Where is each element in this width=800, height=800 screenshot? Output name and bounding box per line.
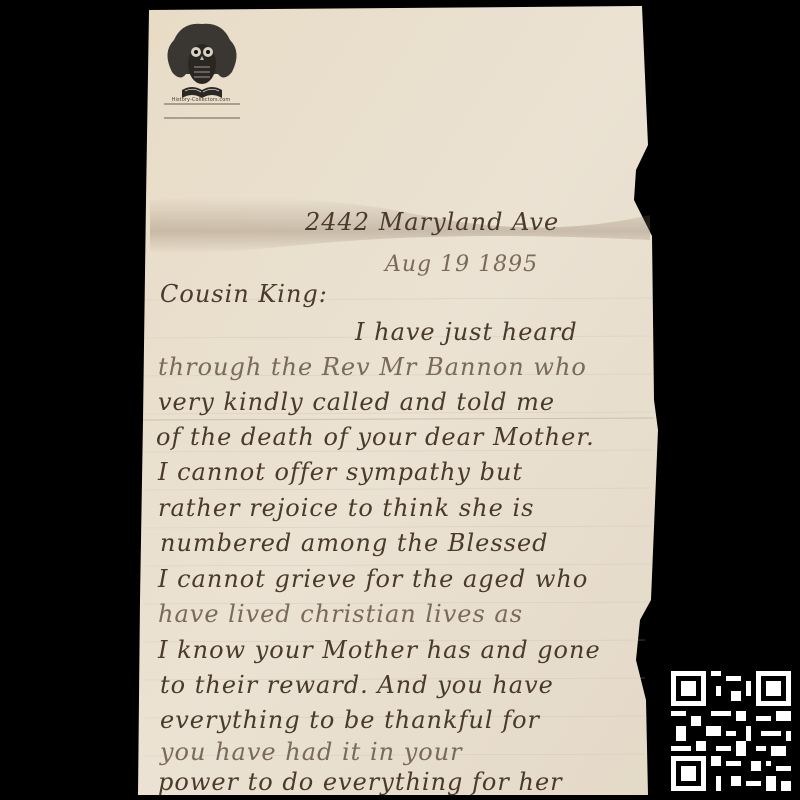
qr-code-icon [666,666,796,796]
letter-line: I cannot offer sympathy but [158,458,523,486]
letter-line: rather rejoice to think she is [158,494,534,522]
letter-line: through the Rev Mr Bannon who [158,353,587,381]
letter-line: everything to be thankful for [160,706,540,734]
letter-line: I know your Mother has and gone [158,636,601,664]
letter-line: numbered among the Blessed [160,529,549,557]
watermark-logo [152,12,252,122]
letter-line: of the death of your dear Mother. [156,423,595,451]
letter-line: to their reward. And you have [160,671,554,699]
letter-line: power to do everything for her [158,768,563,796]
letter-address: 2442 Maryland Ave [305,208,559,236]
letter-line: have lived christian lives as [158,600,523,628]
letter-line: you have had it in your [160,738,463,766]
owl-on-book-icon [152,12,252,122]
letter-line: I cannot grieve for the aged who [158,565,588,593]
letter-line: very kindly called and told me [158,388,555,416]
qr-code[interactable] [666,666,796,796]
letter-line: I have just heard [355,318,578,346]
watermark-caption: History-Collectors.com [160,97,242,103]
letter-salutation: Cousin King: [160,280,328,308]
letter-date: Aug 19 1895 [385,252,538,277]
